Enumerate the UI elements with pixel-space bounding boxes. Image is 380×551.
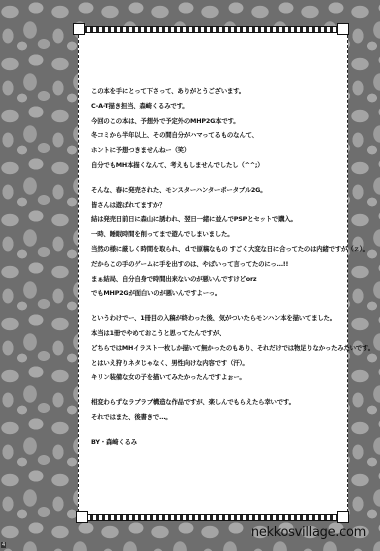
text-line: 皆さんは遊ばれてますか？	[91, 198, 341, 213]
paragraph-gap	[91, 385, 341, 395]
text-line: 当然の様に厳しく時間を取られ、ｄで原稿なもの すごく大変な日に合ってたのは内緒で…	[91, 242, 341, 257]
text-line: だからこの手のゲームに手を出すのは、やばいって言ってたのにっ…!!	[91, 257, 341, 272]
text-line: それではまた、後書きで…。	[91, 410, 341, 425]
text-line: 自分でもMH本描くなんて、考えもしませんでしたし（^^;）	[91, 158, 341, 173]
text-line: 一時、睡眠時間を削ってまで遊んでしまいました。	[91, 227, 341, 242]
frame-bottom-border	[80, 514, 344, 521]
frame-corner-bottom-right	[337, 511, 349, 523]
text-line: ホントに予想つきませんねー（笑）	[91, 143, 341, 158]
frame-corner-top-right	[337, 23, 349, 35]
text-line: この本を手にとって下さって、ありがとうございます。	[91, 84, 341, 99]
text-line: 相変わらずなラブラブ構造な作品ですが、楽しんでもらえたら幸いです。	[91, 395, 341, 410]
text-line: C-A-T描き担当、森崎くるみです。	[91, 99, 341, 114]
frame-top-border	[80, 26, 344, 33]
text-line: 結は発売日前日に森山に誘われ、翌日一緒に並んでPSPとセットで購入。	[91, 212, 341, 227]
frame-corner-bottom-left	[76, 511, 88, 523]
text-line: キリン装備な女の子を描いてみたかったんですよぉー。	[91, 370, 341, 385]
text-line: まぁ結局、自分自身で時間出来ないのが悪いんですけどorz	[91, 272, 341, 287]
watermark: nekkosvillage.com	[251, 525, 366, 540]
page-number: 4	[1, 542, 6, 548]
text-line: どちらではMHイラスト一枚しか描いて無かったのもあり、それだけでは物足りなかった…	[91, 341, 341, 356]
text-line: 冬コミから半年以上、その間自分がハマってるものなんて、	[91, 128, 341, 143]
frame-corner-top-left	[73, 23, 85, 35]
text-line: 今回のこの本は、予想外で予定外のMHP2G本です。	[91, 114, 341, 129]
text-line: とはいえ狩りネタじゃなく、男性向けな内容です（汗）。	[91, 356, 341, 371]
text-line: というわけでー、1冊目の入稿が終わった後、気がついたらモンハン本を描いてました。	[91, 311, 341, 326]
text-line: そんな、春に発売された、モンスターハンターポータブル2G。	[91, 183, 341, 198]
paragraph-gap	[91, 173, 341, 183]
afterword-text: この本を手にとって下さって、ありがとうございます。 C-A-T描き担当、森崎くる…	[91, 84, 341, 450]
paragraph-gap	[91, 425, 341, 435]
text-line: でもMHP2Gが面白いのが悪いんですよーっ。	[91, 286, 341, 301]
signature: BY・森崎くるみ	[91, 435, 341, 450]
text-line: 本当は1冊でやめておこうと思ってたんですが、	[91, 326, 341, 341]
paragraph-gap	[91, 301, 341, 311]
